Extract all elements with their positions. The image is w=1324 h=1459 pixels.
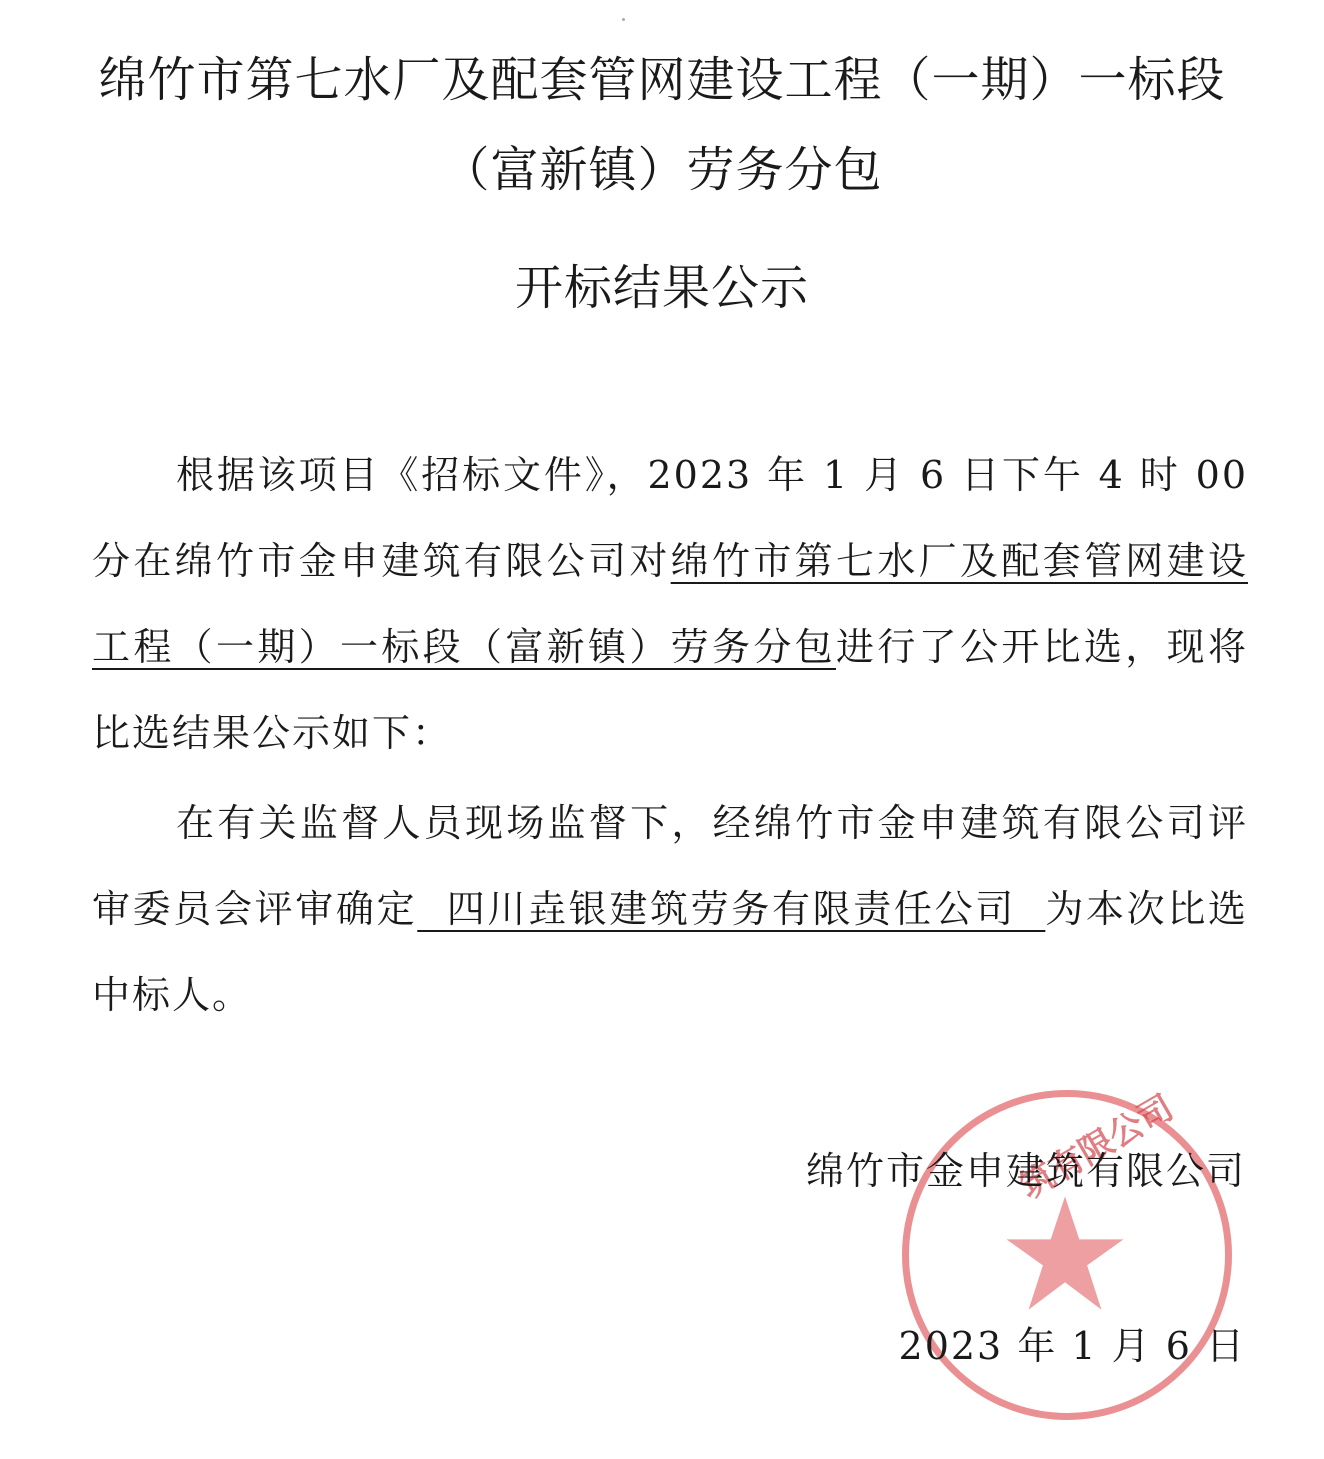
signature-organization: 绵竹市金申建筑有限公司 — [806, 1140, 1246, 1195]
seal-star-icon — [1000, 1190, 1130, 1320]
paragraph-bid-opening: 根据该项目《招标文件》，2023 年 1 月 6 日下午 4 时 00 分在绵竹… — [92, 432, 1248, 776]
document-page: 绵竹市第七水厂及配套管网建设工程（一期）一标段 （富新镇）劳务分包 开标结果公示… — [0, 0, 1324, 1459]
winning-bidder-underlined: 四川垚银建筑劳务有限责任公司 — [417, 887, 1045, 931]
scan-speck — [622, 18, 625, 21]
document-title-line-1: 绵竹市第七水厂及配套管网建设工程（一期）一标段 — [0, 50, 1324, 110]
signature-date: 2023 年 1 月 6 日 — [899, 1315, 1246, 1370]
paragraph-winner: 在有关监督人员现场监督下，经绵竹市金申建筑有限公司评审委员会评审确定 四川垚银建… — [92, 780, 1248, 1038]
document-title-line-2: （富新镇）劳务分包 — [0, 140, 1324, 200]
document-subtitle: 开标结果公示 — [0, 258, 1324, 318]
